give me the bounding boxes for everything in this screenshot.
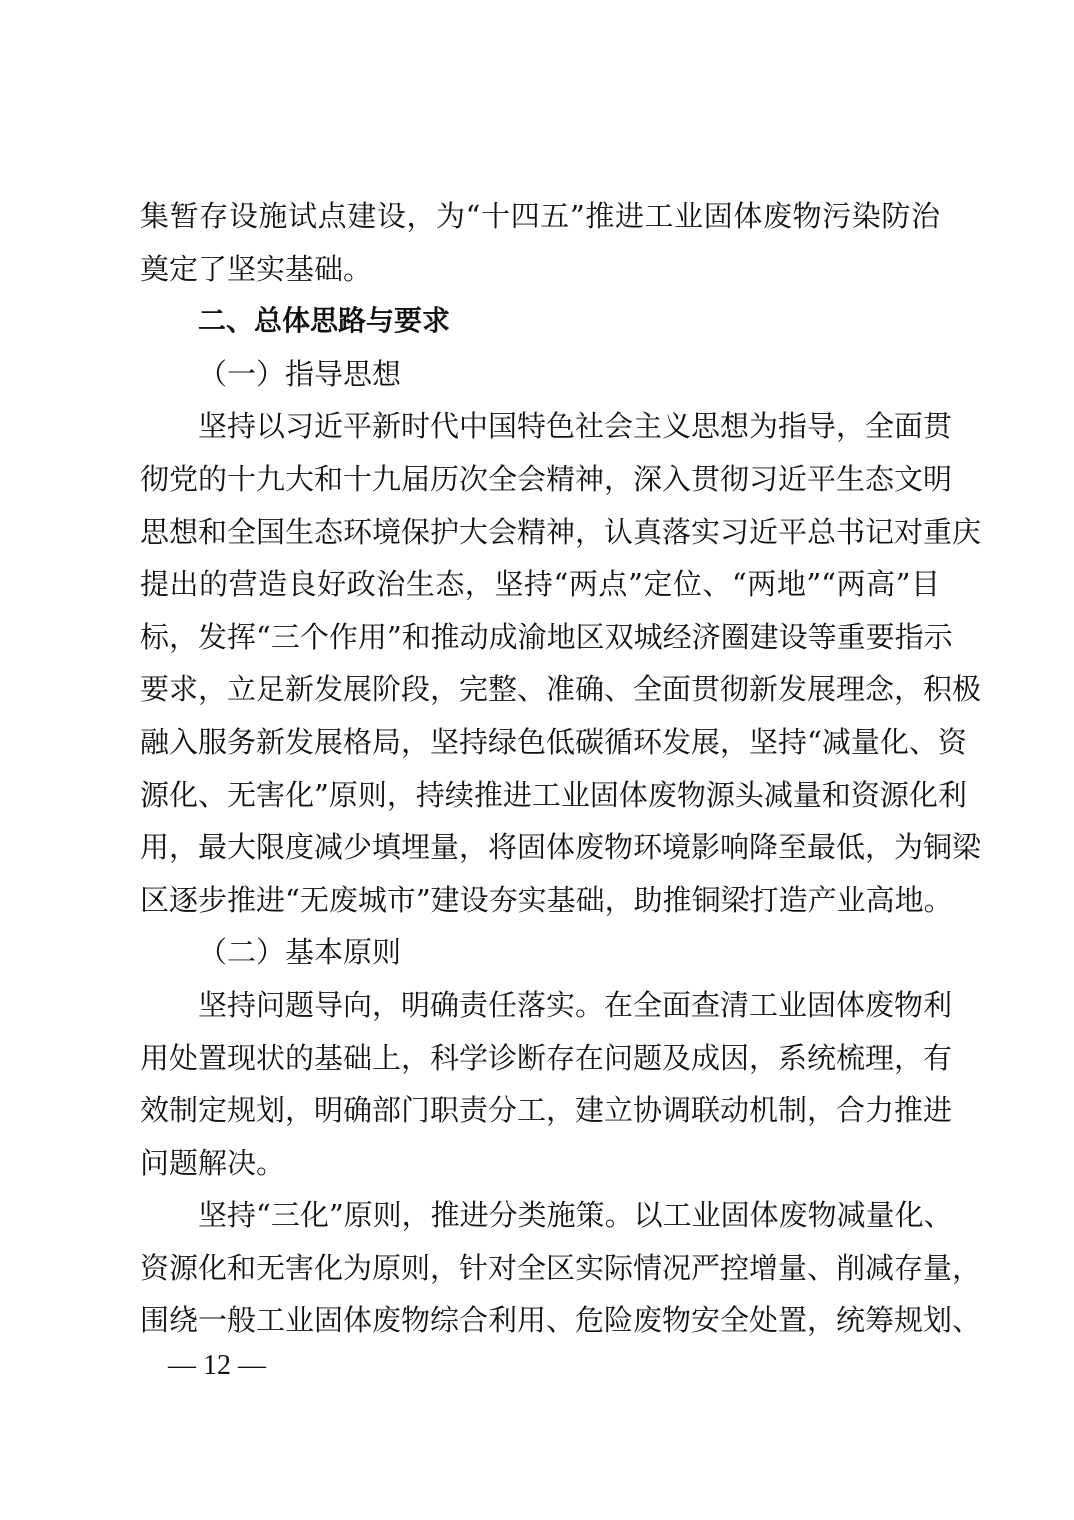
paragraph-line: 思想和全国生态环境保护大会精神，认真落实习近平总书记对重庆	[140, 506, 940, 559]
paragraph-line: 彻党的十九大和十九届历次全会精神，深入贯彻习近平生态文明	[140, 453, 940, 506]
paragraph-line: 围绕一般工业固体废物综合利用、危险废物安全处置，统筹规划、	[140, 1294, 940, 1347]
subsection-heading: （二）基本原则	[140, 926, 940, 979]
paragraph-line: 源化、无害化”原则，持续推进工业固体废物源头减量和资源化利	[140, 769, 940, 822]
paragraph-line: 问题解决。	[140, 1137, 940, 1190]
paragraph-line: 坚持以习近平新时代中国特色社会主义思想为指导，全面贯	[140, 400, 940, 453]
paragraph-line: 资源化和无害化为原则，针对全区实际情况严控增量、削减存量，	[140, 1242, 940, 1295]
subsection-heading: （一）指导思想	[140, 348, 940, 401]
paragraph-line: 坚持问题导向，明确责任落实。在全面查清工业固体废物利	[140, 979, 940, 1032]
paragraph-line: 效制定规划，明确部门职责分工，建立协调联动机制，合力推进	[140, 1084, 940, 1137]
paragraph-line: 用，最大限度减少填埋量，将固体废物环境影响降至最低，为铜梁	[140, 821, 940, 874]
paragraph-line: 坚持“三化”原则，推进分类施策。以工业固体废物减量化、	[140, 1189, 940, 1242]
section-heading: 二、总体思路与要求	[140, 295, 940, 348]
paragraph-line: 提出的营造良好政治生态，坚持“两点”定位、“两地”“两高”目	[140, 558, 940, 611]
paragraph-line: 要求，立足新发展阶段，完整、准确、全面贯彻新发展理念，积极	[140, 663, 940, 716]
paragraph-line: 区逐步推进“无废城市”建设夯实基础，助推铜梁打造产业高地。	[140, 874, 940, 927]
paragraph-line: 用处置现状的基础上，科学诊断存在问题及成因，系统梳理，有	[140, 1032, 940, 1085]
paragraph-line: 标，发挥“三个作用”和推动成渝地区双城经济圈建设等重要指示	[140, 611, 940, 664]
page-number: — 12 —	[168, 1350, 266, 1382]
paragraph-line: 奠定了坚实基础。	[140, 243, 940, 296]
paragraph-line: 融入服务新发展格局，坚持绿色低碳循环发展，坚持“减量化、资	[140, 716, 940, 769]
document-page: 集暂存设施试点建设，为“十四五”推进工业固体废物污染防治 奠定了坚实基础。 二、…	[140, 190, 940, 1347]
paragraph-line: 集暂存设施试点建设，为“十四五”推进工业固体废物污染防治	[140, 190, 940, 243]
